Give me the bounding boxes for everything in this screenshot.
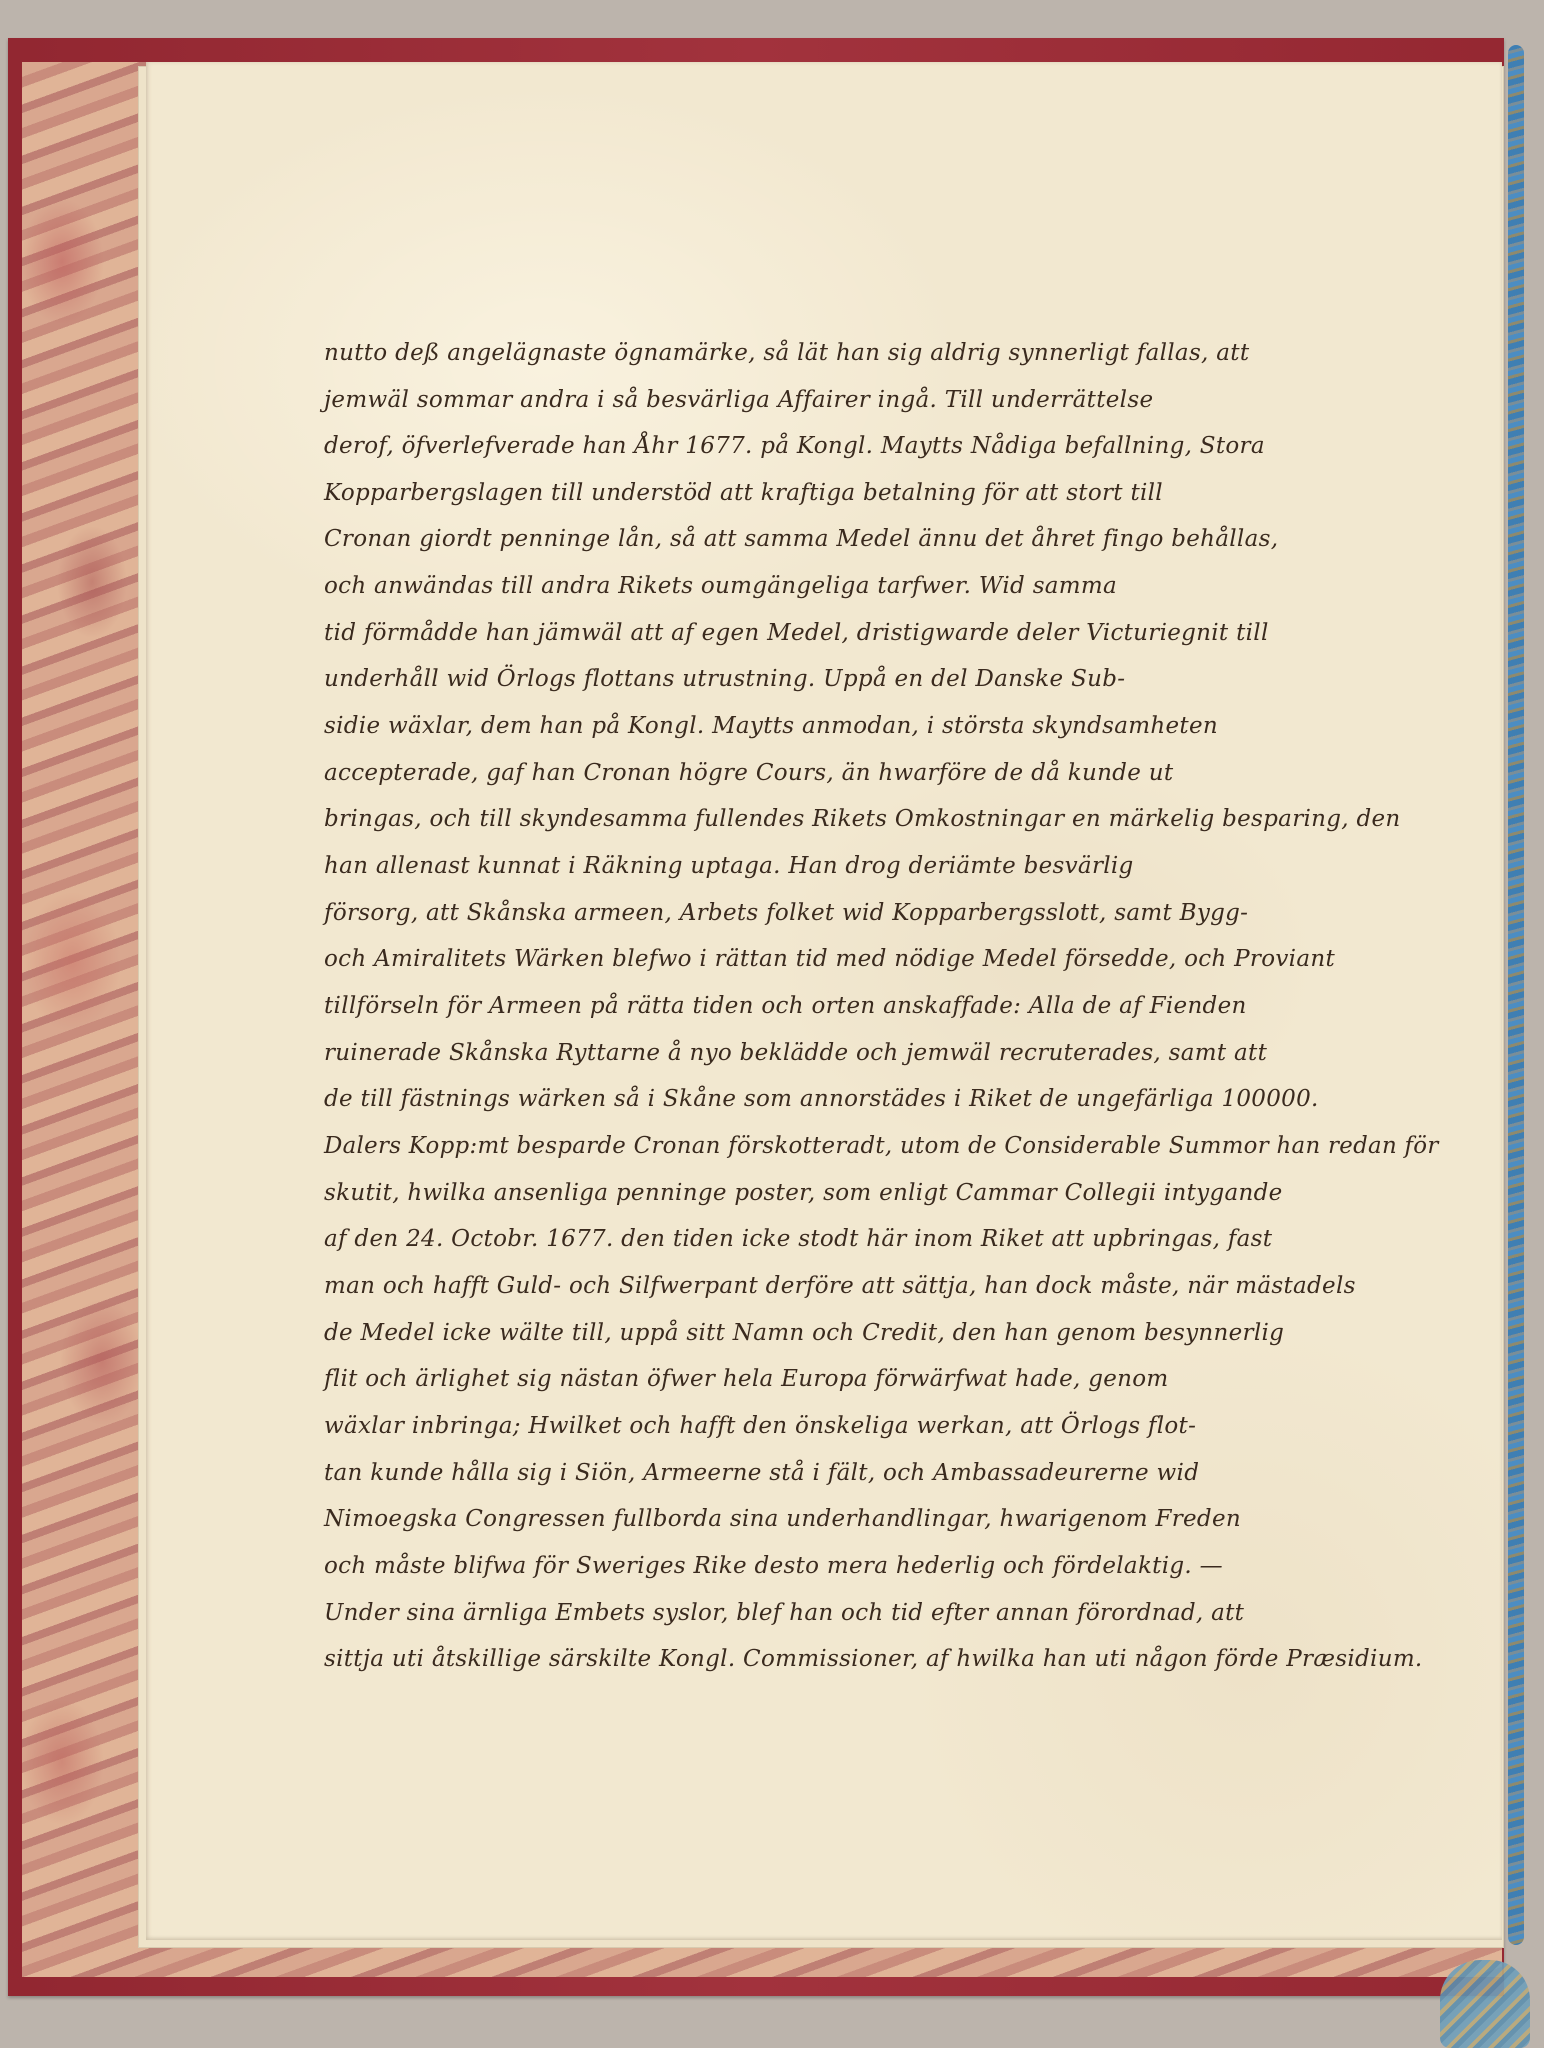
text-line: nutto deß angelägnaste ögnamärke, så lät… xyxy=(324,338,1439,368)
text-line: tid förmådde han jämwäl att af egen Mede… xyxy=(324,618,1439,648)
text-line: jemwäl sommar andra i så besvärliga Affa… xyxy=(324,385,1439,415)
text-line: sidie wäxlar, dem han på Kongl. Maytts a… xyxy=(324,711,1439,741)
text-line: och måste blifwa för Sweriges Rike desto… xyxy=(324,1551,1439,1581)
text-line: skutit, hwilka ansenliga penninge poster… xyxy=(324,1178,1439,1208)
text-line: ruinerade Skånska Ryttarne å nyo beklädd… xyxy=(324,1038,1439,1068)
text-line: och anwändas till andra Rikets oumgängel… xyxy=(324,571,1439,601)
text-line: Under sina ärnliga Embets syslor, blef h… xyxy=(324,1598,1439,1628)
text-line: underhåll wid Örlogs flottans utrustning… xyxy=(324,664,1439,694)
text-line: Cronan giordt penninge lån, så att samma… xyxy=(324,524,1439,554)
text-line: bringas, och till skyndesamma fullendes … xyxy=(324,804,1439,834)
text-line: derof, öfverlefverade han Åhr 1677. på K… xyxy=(324,431,1439,461)
text-line: man och hafft Guld- och Silfwerpant derf… xyxy=(324,1271,1439,1301)
text-line: tillförseln för Armeen på rätta tiden oc… xyxy=(324,991,1439,1021)
manuscript-text: nutto deß angelägnaste ögnamärke, så lät… xyxy=(0,0,1544,2048)
text-line: accepterade, gaf han Cronan högre Cours,… xyxy=(324,758,1439,788)
text-line: Dalers Kopp:mt besparde Cronan förskotte… xyxy=(324,1131,1432,1161)
text-line: wäxlar inbringa; Hwilket och hafft den ö… xyxy=(324,1411,1439,1441)
text-line: Kopparbergslagen till understöd att kraf… xyxy=(324,478,1439,508)
text-line: sittja uti åtskillige särskilte Kongl. C… xyxy=(324,1644,1439,1674)
text-line: flit och ärlighet sig nästan öfwer hela … xyxy=(324,1364,1439,1394)
text-line: Nimoegska Congressen fullborda sina unde… xyxy=(324,1504,1439,1534)
text-line: tan kunde hålla sig i Siön, Armeerne stå… xyxy=(324,1458,1439,1488)
text-line: han allenast kunnat i Räkning uptaga. Ha… xyxy=(324,851,1439,881)
text-line: försorg, att Skånska armeen, Arbets folk… xyxy=(324,898,1439,928)
text-line: af den 24. Octobr. 1677. den tiden icke … xyxy=(324,1224,1439,1254)
text-line: de till fästnings wärken så i Skåne som … xyxy=(324,1084,1439,1114)
text-line: de Medel icke wälte till, uppå sitt Namn… xyxy=(324,1318,1439,1348)
text-line: och Amiralitets Wärken blefwo i rättan t… xyxy=(324,944,1439,974)
